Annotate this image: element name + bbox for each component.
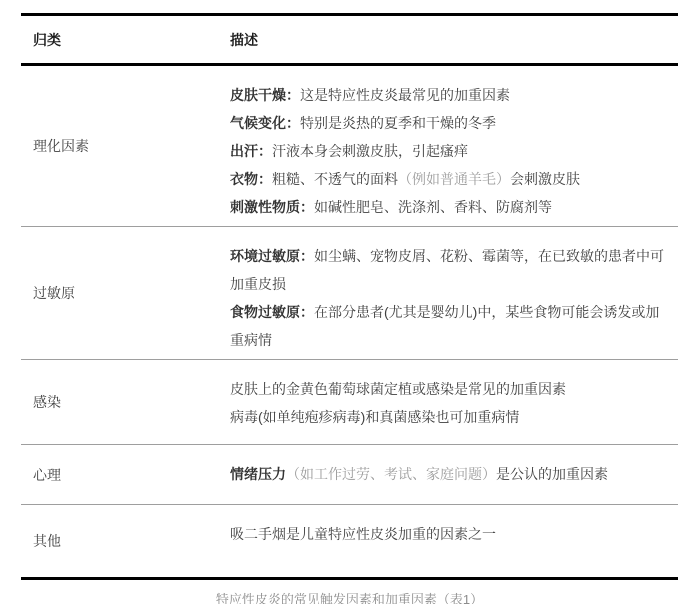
description-line: 病毒(如单纯疱疹病毒)和真菌感染也可加重病情 [230, 403, 670, 431]
line-text: 特别是炎热的夏季和干燥的冬季 [300, 115, 496, 131]
table-row: 感染 皮肤上的金黄色葡萄球菌定植或感染是常见的加重因素 病毒(如单纯疱疹病毒)和… [21, 360, 678, 445]
line-tail: 是公认的加重因素 [496, 466, 608, 482]
line-tail: 会刺激皮肤 [510, 171, 580, 187]
table-header-row: 归类 描述 [21, 16, 678, 63]
description-line: 环境过敏原：如尘螨、宠物皮屑、花粉、霉菌等，在已致敏的患者中可加重皮损 [230, 242, 670, 298]
description-cell: 皮肤干燥：这是特应性皮炎最常见的加重因素 气候变化：特别是炎热的夏季和干燥的冬季… [230, 66, 678, 226]
line-lead: 气候变化： [230, 115, 300, 131]
line-lead: 环境过敏原： [230, 248, 314, 264]
description-cell: 情绪压力（如工作过劳、考试、家庭问题）是公认的加重因素 [230, 445, 678, 504]
description-cell: 环境过敏原：如尘螨、宠物皮屑、花粉、霉菌等，在已致敏的患者中可加重皮损 食物过敏… [230, 227, 678, 359]
line-text: 皮肤上的金黄色葡萄球菌定植或感染是常见的加重因素 [230, 381, 566, 397]
table-bottom-rule [21, 577, 678, 580]
description-cell: 吸二手烟是儿童特应性皮炎加重的因素之一 [230, 505, 678, 577]
description-line: 出汗：汗液本身会刺激皮肤，引起瘙痒 [230, 137, 670, 165]
description-cell: 皮肤上的金黄色葡萄球菌定植或感染是常见的加重因素 病毒(如单纯疱疹病毒)和真菌感… [230, 360, 678, 444]
line-lead: 衣物： [230, 171, 272, 187]
category-cell: 理化因素 [21, 66, 230, 226]
table-caption: 特应性皮炎的常见触发因素和加重因素（表1） [21, 589, 678, 604]
category-cell: 其他 [21, 505, 230, 577]
table-row: 其他 吸二手烟是儿童特应性皮炎加重的因素之一 [21, 505, 678, 577]
line-lead: 食物过敏原： [230, 304, 314, 320]
header-description: 描述 [230, 30, 678, 50]
table-row: 理化因素 皮肤干燥：这是特应性皮炎最常见的加重因素 气候变化：特别是炎热的夏季和… [21, 66, 678, 227]
line-text: 粗糙、不透气的面料 [272, 171, 398, 187]
description-line: 皮肤干燥：这是特应性皮炎最常见的加重因素 [230, 81, 670, 109]
line-text: 病毒(如单纯疱疹病毒)和真菌感染也可加重病情 [230, 409, 519, 425]
description-line: 吸二手烟是儿童特应性皮炎加重的因素之一 [230, 520, 670, 548]
category-cell: 心理 [21, 445, 230, 504]
description-line: 食物过敏原：在部分患者(尤其是婴幼儿)中，某些食物可能会诱发或加重病情 [230, 298, 670, 354]
factors-table: 归类 描述 理化因素 皮肤干燥：这是特应性皮炎最常见的加重因素 气候变化：特别是… [21, 13, 678, 604]
line-text: 这是特应性皮炎最常见的加重因素 [300, 87, 510, 103]
header-category: 归类 [21, 30, 230, 50]
line-text: 如碱性肥皂、洗涤剂、香料、防腐剂等 [314, 199, 552, 215]
line-lead: 皮肤干燥： [230, 87, 300, 103]
line-lead: 出汗： [230, 143, 272, 159]
line-lead: 情绪压力 [230, 466, 286, 482]
table-row: 过敏原 环境过敏原：如尘螨、宠物皮屑、花粉、霉菌等，在已致敏的患者中可加重皮损 … [21, 227, 678, 360]
description-line: 皮肤上的金黄色葡萄球菌定植或感染是常见的加重因素 [230, 375, 670, 403]
category-cell: 感染 [21, 360, 230, 444]
line-text: 汗液本身会刺激皮肤，引起瘙痒 [272, 143, 468, 159]
line-lead: 刺激性物质： [230, 199, 314, 215]
description-line: 情绪压力（如工作过劳、考试、家庭问题）是公认的加重因素 [230, 460, 670, 488]
line-muted: （如工作过劳、考试、家庭问题） [286, 466, 496, 482]
line-text: 吸二手烟是儿童特应性皮炎加重的因素之一 [230, 526, 496, 542]
line-muted: （例如普通羊毛） [398, 171, 510, 187]
category-cell: 过敏原 [21, 227, 230, 359]
table-row: 心理 情绪压力（如工作过劳、考试、家庭问题）是公认的加重因素 [21, 445, 678, 505]
description-line: 刺激性物质：如碱性肥皂、洗涤剂、香料、防腐剂等 [230, 193, 670, 221]
description-line: 气候变化：特别是炎热的夏季和干燥的冬季 [230, 109, 670, 137]
description-line: 衣物：粗糙、不透气的面料（例如普通羊毛）会刺激皮肤 [230, 165, 670, 193]
